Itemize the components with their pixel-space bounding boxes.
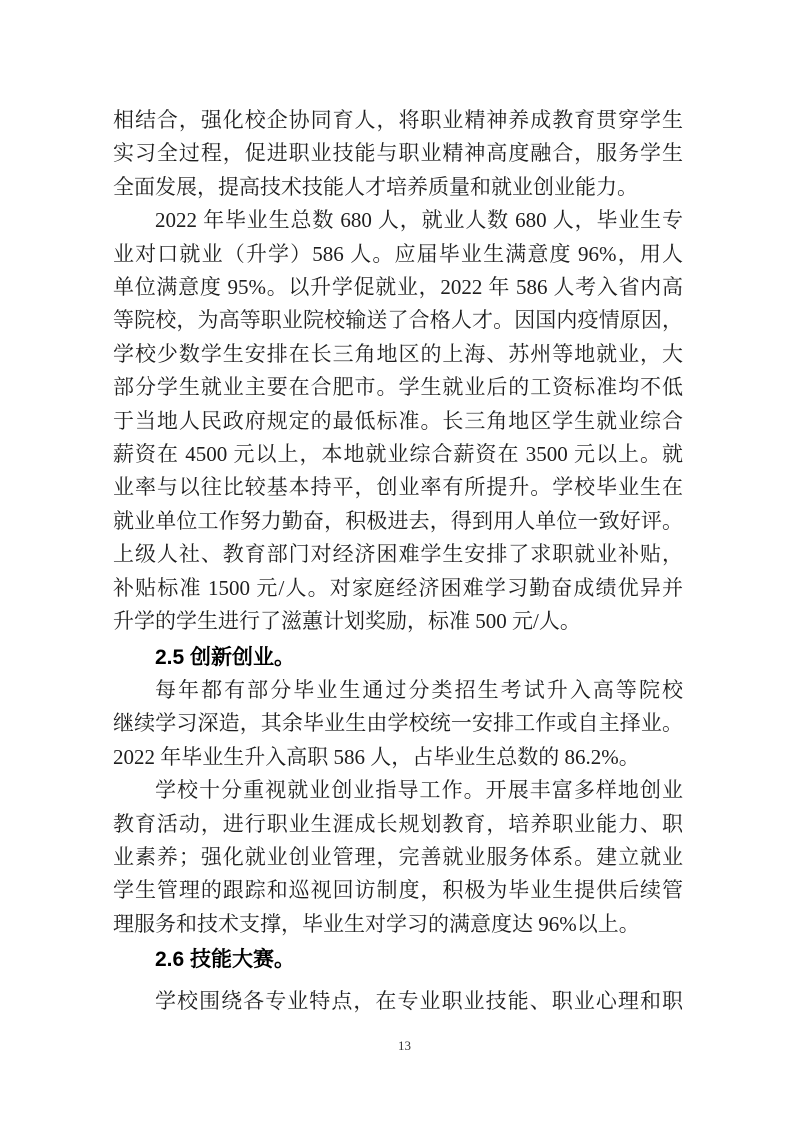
paragraph: 学校围绕各专业特点，在专业职业技能、职业心理和职 [113, 985, 683, 1018]
paragraph: 2022 年毕业生总数 680 人，就业人数 680 人，毕业生专业对口就业（升… [113, 204, 683, 638]
document-page: 相结合，强化校企协同育人，将职业精神养成教育贯穿学生实习全过程，促进职业技能与职… [0, 0, 793, 1122]
text-line: 实习全过程，促进职业技能与职业精神高度融合，服务学生 [113, 137, 683, 170]
text-line: 相结合，强化校企协同育人，将职业精神养成教育贯穿学生 [113, 104, 683, 137]
text-line: 学校十分重视就业创业指导工作。开展丰富多样地创业 [113, 774, 683, 807]
document-body: 相结合，强化校企协同育人，将职业精神养成教育贯穿学生实习全过程，促进职业技能与职… [113, 104, 683, 1018]
text-line: 全面发展，提高技术技能人才培养质量和就业创业能力。 [113, 171, 683, 204]
text-line: 学生管理的跟踪和巡视回访制度，积极为毕业生提供后续管 [113, 874, 683, 907]
text-line: 业对口就业（升学）586 人。应届毕业生满意度 96%，用人 [113, 238, 683, 271]
section-heading: 2.6 技能大赛。 [113, 943, 683, 976]
text-line: 理服务和技术支撑，毕业生对学习的满意度达 96%以上。 [113, 908, 683, 941]
text-line: 等院校，为高等职业院校输送了合格人才。因国内疫情原因， [113, 304, 683, 337]
text-line: 就业单位工作努力勤奋，积极进去，得到用人单位一致好评。 [113, 505, 683, 538]
text-line: 2022 年毕业生升入高职 586 人，占毕业生总数的 86.2%。 [113, 741, 683, 774]
text-line: 业素养；强化就业创业管理，完善就业服务体系。建立就业 [113, 841, 683, 874]
text-line: 单位满意度 95%。以升学促就业，2022 年 586 人考入省内高 [113, 271, 683, 304]
text-line: 2022 年毕业生总数 680 人，就业人数 680 人，毕业生专 [113, 204, 683, 237]
text-line: 每年都有部分毕业生通过分类招生考试升入高等院校 [113, 674, 683, 707]
text-line: 薪资在 4500 元以上，本地就业综合薪资在 3500 元以上。就 [113, 438, 683, 471]
text-line: 学校少数学生安排在长三角地区的上海、苏州等地就业，大 [113, 338, 683, 371]
paragraph: 相结合，强化校企协同育人，将职业精神养成教育贯穿学生实习全过程，促进职业技能与职… [113, 104, 683, 204]
section-heading: 2.5 创新创业。 [113, 641, 683, 674]
paragraph: 每年都有部分毕业生通过分类招生考试升入高等院校继续学习深造，其余毕业生由学校统一… [113, 674, 683, 774]
text-line: 部分学生就业主要在合肥市。学生就业后的工资标准均不低 [113, 371, 683, 404]
text-line: 继续学习深造，其余毕业生由学校统一安排工作或自主择业。 [113, 707, 683, 740]
text-line: 学校围绕各专业特点，在专业职业技能、职业心理和职 [113, 985, 683, 1018]
text-line: 业率与以往比较基本持平，创业率有所提升。学校毕业生在 [113, 471, 683, 504]
text-line: 补贴标准 1500 元/人。对家庭经济困难学习勤奋成绩优异并 [113, 572, 683, 605]
text-line: 上级人社、教育部门对经济困难学生安排了求职就业补贴， [113, 538, 683, 571]
text-line: 教育活动，进行职业生涯成长规划教育，培养职业能力、职 [113, 808, 683, 841]
page-number: 13 [0, 1038, 793, 1054]
text-line: 于当地人民政府规定的最低标准。长三角地区学生就业综合 [113, 405, 683, 438]
paragraph: 学校十分重视就业创业指导工作。开展丰富多样地创业教育活动，进行职业生涯成长规划教… [113, 774, 683, 941]
text-line: 升学的学生进行了滋蕙计划奖励，标准 500 元/人。 [113, 605, 683, 638]
